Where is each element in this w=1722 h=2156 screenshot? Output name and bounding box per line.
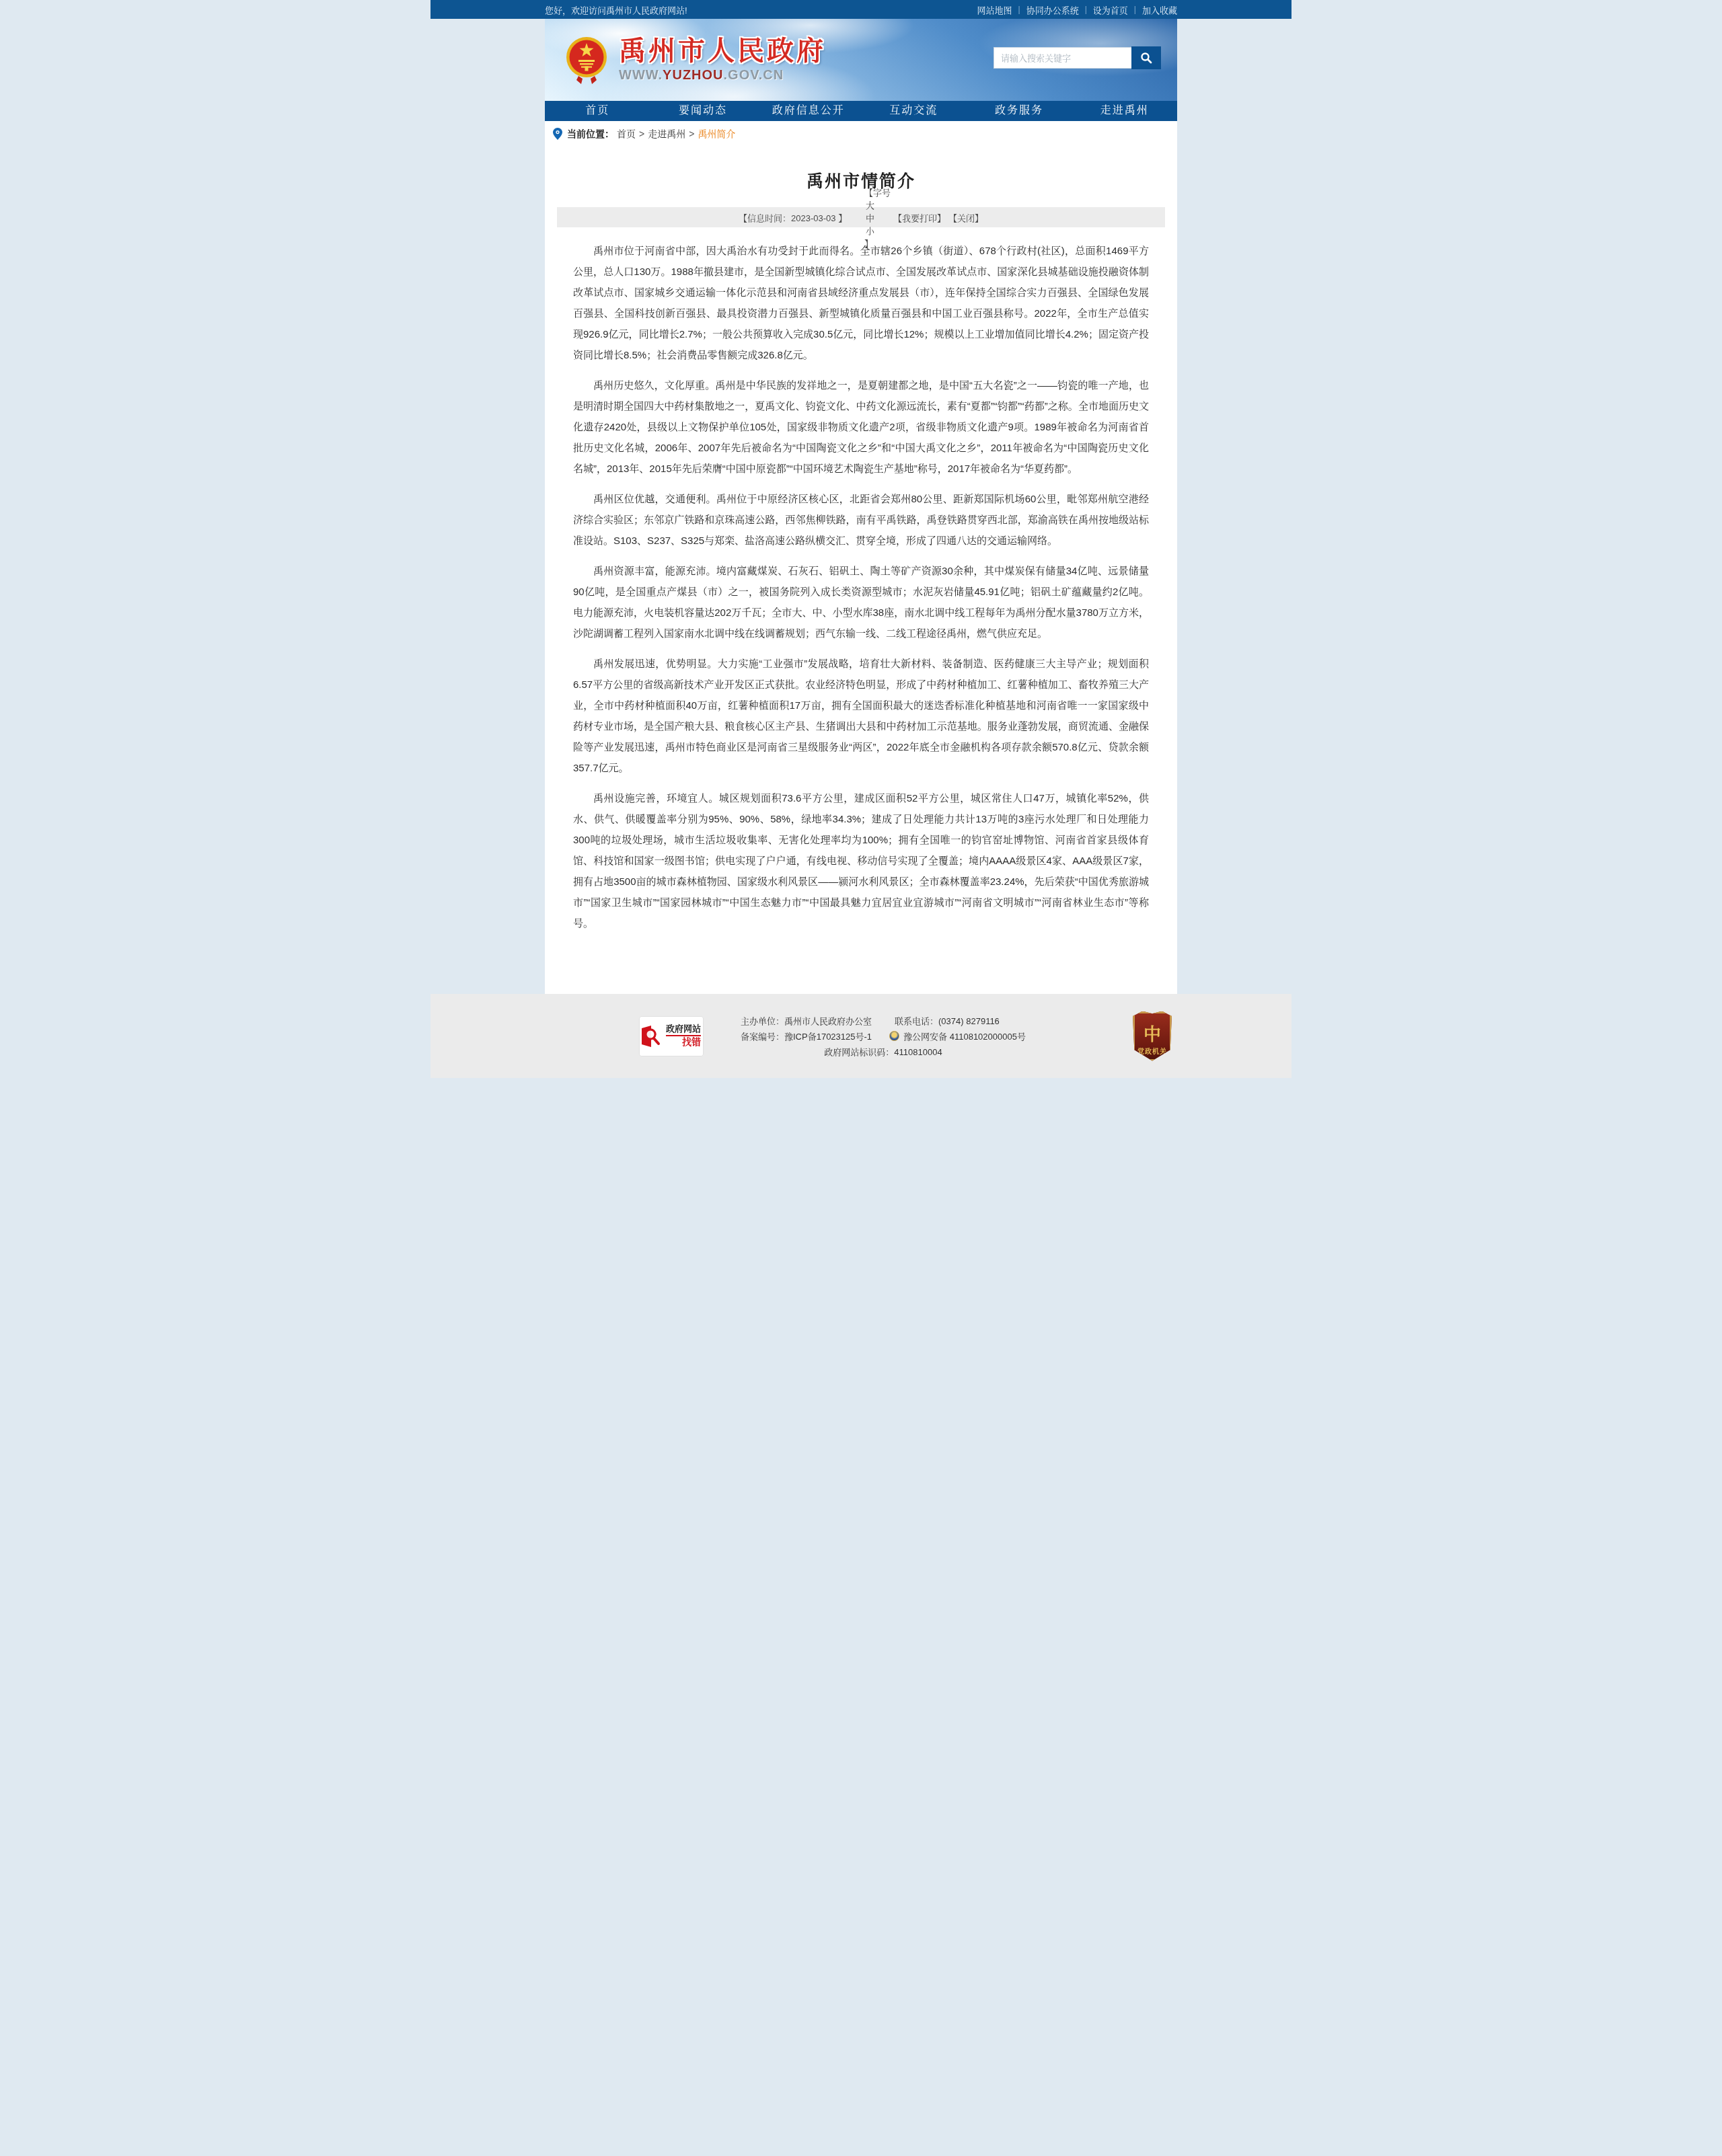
- paragraph-facilities-environment: 禹州设施完善，环境宜人。城区规划面积73.6平方公里，建成区面积52平方公里，城…: [573, 788, 1149, 934]
- print-button[interactable]: 【我要打印】: [893, 211, 946, 224]
- topbar-welcome: 您好，欢迎访问禹州市人民政府网站!: [545, 3, 687, 16]
- article-body: 禹州市位于河南省中部，因大禹治水有功受封于此而得名。全市辖26个乡镇（街道）、6…: [545, 227, 1177, 934]
- site-url: WWW.YUZHOU.GOV.CN: [619, 68, 826, 83]
- paragraph-development: 禹州发展迅速，优势明显。大力实施“工业强市”发展战略，培育壮大新材料、装备制造、…: [573, 654, 1149, 779]
- breadcrumb: 当前位置： 首页 > 走进禹州 > 禹州简介: [545, 121, 1177, 147]
- info-time: 【信息时间：2023-03-03 】: [739, 211, 847, 224]
- search-icon: [1140, 52, 1152, 64]
- topbar-link-add-favorite[interactable]: 加入收藏: [1142, 3, 1177, 16]
- article-meta-bar: 【信息时间：2023-03-03 】 【字号 大 中 小 】 【我要打印】 【关…: [557, 207, 1165, 227]
- search-box: [994, 46, 1161, 69]
- site-url-name: YUZHOU: [663, 68, 723, 83]
- topbar-link-set-homepage[interactable]: 设为首页: [1093, 3, 1128, 16]
- search-button[interactable]: [1131, 46, 1161, 69]
- nav-item-gov-info[interactable]: 政府信息公开: [755, 101, 861, 121]
- error-badge-text-top: 政府网站: [666, 1024, 701, 1036]
- site-logo: 禹州市人民政府 WWW.YUZHOU.GOV.CN: [565, 36, 826, 84]
- topbar-separator: |: [1134, 5, 1136, 14]
- main-content: 当前位置： 首页 > 走进禹州 > 禹州简介 禹州市情简介 【信息时间：2023…: [545, 121, 1177, 994]
- location-pin-icon: [553, 128, 562, 140]
- font-size-large[interactable]: 大: [866, 200, 874, 210]
- breadcrumb-current-page[interactable]: 禹州简介: [698, 127, 735, 141]
- footer: 政府网站 找错 主办单位：禹州市人民政府办公室 联系电话：(0374) 8279…: [430, 994, 1291, 1078]
- gov-badge-symbol: 中: [1144, 1026, 1161, 1043]
- breadcrumb-separator: >: [689, 128, 694, 139]
- error-badge-text-bottom: 找错: [666, 1036, 701, 1048]
- footer-police-filing[interactable]: 豫公网安备 41108102000005号: [903, 1030, 1026, 1042]
- footer-icp-number[interactable]: 备案编号：豫ICP备17023125号-1: [741, 1030, 872, 1042]
- topbar-link-oa-system[interactable]: 协同办公系统: [1026, 3, 1079, 16]
- nav-item-gov-service[interactable]: 政务服务: [967, 101, 1072, 121]
- topbar-separator: |: [1018, 5, 1020, 14]
- topbar: 您好，欢迎访问禹州市人民政府网站! 网站地图 | 协同办公系统 | 设为首页 |…: [430, 0, 1291, 19]
- gov-badge-text: 党政机关: [1137, 1046, 1167, 1056]
- font-size-medium[interactable]: 中: [866, 213, 874, 223]
- error-report-magnifier-icon: [642, 1026, 662, 1047]
- nav-item-about-yuzhou[interactable]: 走进禹州: [1072, 101, 1177, 121]
- nav-item-news[interactable]: 要闻动态: [650, 101, 756, 121]
- site-url-www: WWW.: [619, 68, 663, 83]
- topbar-separator: |: [1085, 5, 1087, 14]
- topbar-link-sitemap[interactable]: 网站地图: [977, 3, 1012, 16]
- breadcrumb-home[interactable]: 首页: [617, 127, 636, 141]
- main-nav: 首页 要闻动态 政府信息公开 互动交流 政务服务 走进禹州: [545, 101, 1177, 121]
- paragraph-location-transport: 禹州区位优越，交通便利。禹州位于中原经济区核心区，北距省会郑州80公里、距新郑国…: [573, 489, 1149, 551]
- site-header: 禹州市人民政府 WWW.YUZHOU.GOV.CN: [545, 19, 1177, 101]
- footer-site-code: 政府网站标识码：4110810004: [824, 1045, 942, 1058]
- party-gov-org-badge[interactable]: 中 党政机关: [1133, 1011, 1172, 1061]
- footer-phone: 联系电话：(0374) 8279116: [895, 1014, 1000, 1027]
- site-title: 禹州市人民政府: [619, 36, 826, 66]
- font-size-label: 【字号: [864, 188, 891, 198]
- police-badge-icon: [889, 1031, 899, 1041]
- breadcrumb-about-yuzhou[interactable]: 走进禹州: [648, 127, 685, 141]
- footer-info: 主办单位：禹州市人民政府办公室 联系电话：(0374) 8279116 备案编号…: [741, 1011, 1026, 1061]
- breadcrumb-label: 当前位置：: [567, 127, 614, 141]
- national-emblem-icon: [565, 36, 608, 84]
- site-url-rest: .GOV.CN: [724, 68, 784, 83]
- site-error-report-badge[interactable]: 政府网站 找错: [639, 1016, 704, 1056]
- nav-item-interaction[interactable]: 互动交流: [861, 101, 967, 121]
- nav-item-home[interactable]: 首页: [545, 101, 650, 121]
- close-button[interactable]: 【关闭】: [948, 211, 983, 224]
- search-input[interactable]: [994, 47, 1131, 69]
- paragraph-overview: 禹州市位于河南省中部，因大禹治水有功受封于此而得名。全市辖26个乡镇（街道）、6…: [573, 241, 1149, 366]
- paragraph-resources-energy: 禹州资源丰富，能源充沛。境内富藏煤炭、石灰石、铝矾土、陶土等矿产资源30余种，其…: [573, 561, 1149, 644]
- paragraph-history-culture: 禹州历史悠久，文化厚重。禹州是中华民族的发祥地之一，是夏朝建都之地，是中国“五大…: [573, 375, 1149, 479]
- footer-host-unit: 主办单位：禹州市人民政府办公室: [741, 1014, 872, 1027]
- breadcrumb-separator: >: [639, 128, 644, 139]
- font-size-small[interactable]: 小: [866, 226, 874, 236]
